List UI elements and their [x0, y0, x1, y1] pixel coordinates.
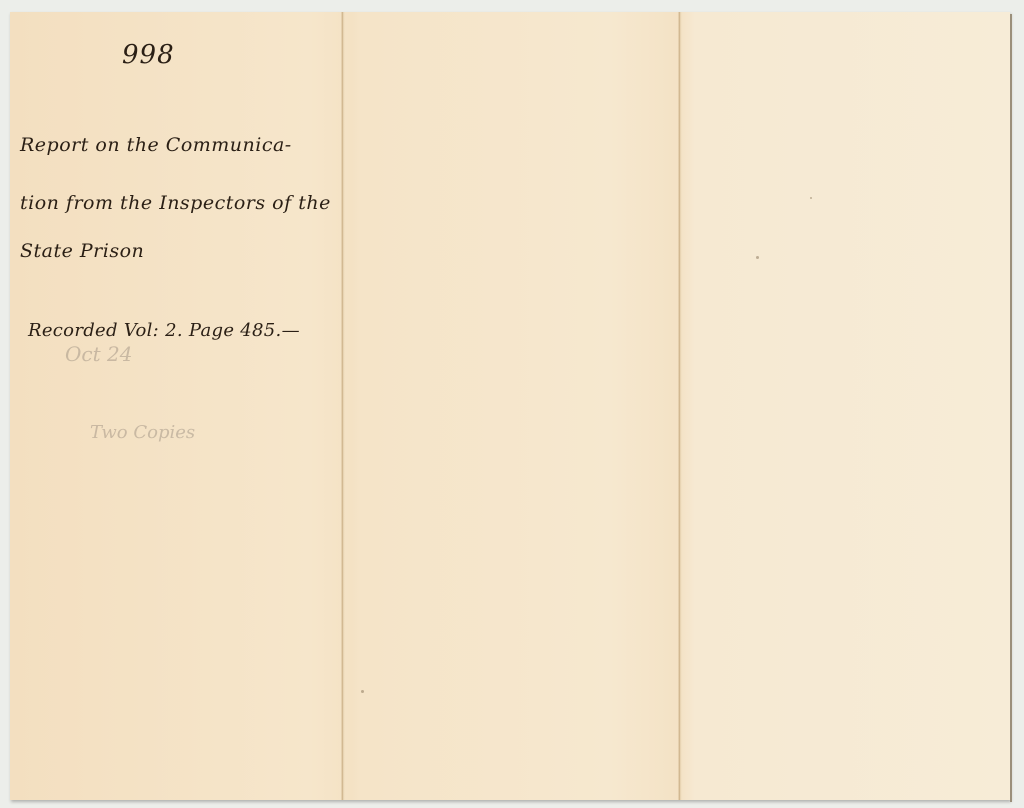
title-line-1: Report on the Communica- — [20, 134, 292, 156]
fold-line-2 — [678, 12, 682, 800]
title-line-3: State Prison — [20, 240, 144, 262]
pencil-copies-note: Two Copies — [90, 422, 195, 443]
paper-speck — [361, 690, 364, 693]
paper-speck — [810, 197, 812, 199]
title-line-2: tion from the Inspectors of the — [20, 192, 331, 214]
sheet-edge — [1010, 14, 1012, 802]
pencil-date-note: Oct 24 — [65, 342, 132, 366]
recorded-note: Recorded Vol: 2. Page 485.— — [28, 320, 300, 341]
left-panel: 998 Report on the Communica- tion from t… — [10, 12, 343, 800]
middle-panel — [343, 12, 680, 800]
fold-line-1 — [341, 12, 345, 800]
right-panel — [680, 12, 1010, 800]
manuscript-sheet: 998 Report on the Communica- tion from t… — [10, 12, 1010, 800]
paper-speck — [756, 256, 759, 259]
docket-number: 998 — [122, 40, 175, 70]
